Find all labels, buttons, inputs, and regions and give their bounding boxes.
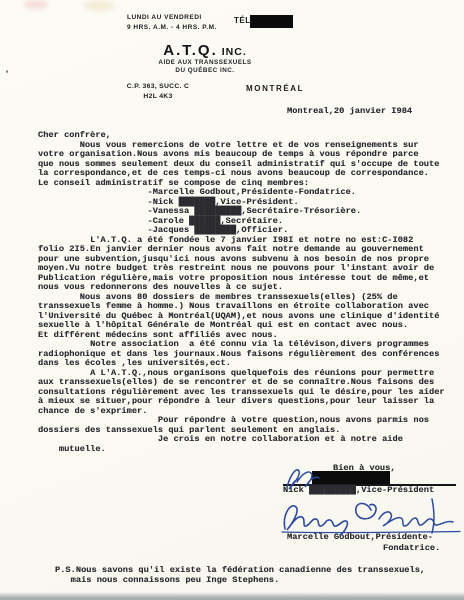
pink-smudge-artifact bbox=[24, 0, 48, 9]
letter-body: Cher confrère, Nous vous remercions de v… bbox=[38, 131, 445, 454]
org-inc-suffix: INC. bbox=[222, 46, 247, 58]
postal-address: C.P. 363, SUCC. C H2L 4K3 bbox=[112, 82, 204, 102]
date-line: Montreal,20 janvier I984 bbox=[287, 107, 412, 117]
yellow-smudge-artifact bbox=[84, 0, 114, 11]
org-acronym: A.T.Q. bbox=[163, 42, 218, 59]
office-hours-line1: LUNDI AU VENDREDI bbox=[127, 13, 217, 23]
signature-redaction-box bbox=[312, 471, 390, 485]
text-line: mais nous connaissons peu Inge Stephens. bbox=[55, 576, 425, 586]
postscript: P.S.Nous savons qu'il existe la fédérati… bbox=[55, 566, 425, 585]
office-hours-line2: 9 HRS. A.M. - 4 HRS. P.M. bbox=[127, 23, 217, 33]
address-line2: H2L 4K3 bbox=[112, 92, 204, 102]
text-line: mutuelle. bbox=[38, 445, 445, 455]
marcelle-godbout-signature bbox=[279, 496, 463, 536]
nick-signature bbox=[283, 465, 323, 491]
scan-edge-shadow bbox=[0, 592, 464, 600]
office-hours: LUNDI AU VENDREDI 9 HRS. A.M. - 4 HRS. P… bbox=[127, 13, 217, 33]
president-title-line2: Fondatrice. bbox=[383, 544, 440, 554]
organization-name: A.T.Q.INC. bbox=[140, 42, 270, 60]
org-subtitle-line1: AIDE AUX TRANSSEXUELS bbox=[140, 59, 270, 66]
address-line1: C.P. 363, SUCC. C bbox=[112, 82, 204, 92]
letter-page: LUNDI AU VENDREDI 9 HRS. A.M. - 4 HRS. P… bbox=[0, 0, 464, 600]
org-subtitle-line2: DU QUÉBEC INC. bbox=[140, 67, 270, 74]
city-label: MONTRÉAL bbox=[246, 84, 304, 93]
phone-number-redaction-box bbox=[250, 15, 293, 28]
ink-speck-artifact bbox=[6, 70, 8, 73]
